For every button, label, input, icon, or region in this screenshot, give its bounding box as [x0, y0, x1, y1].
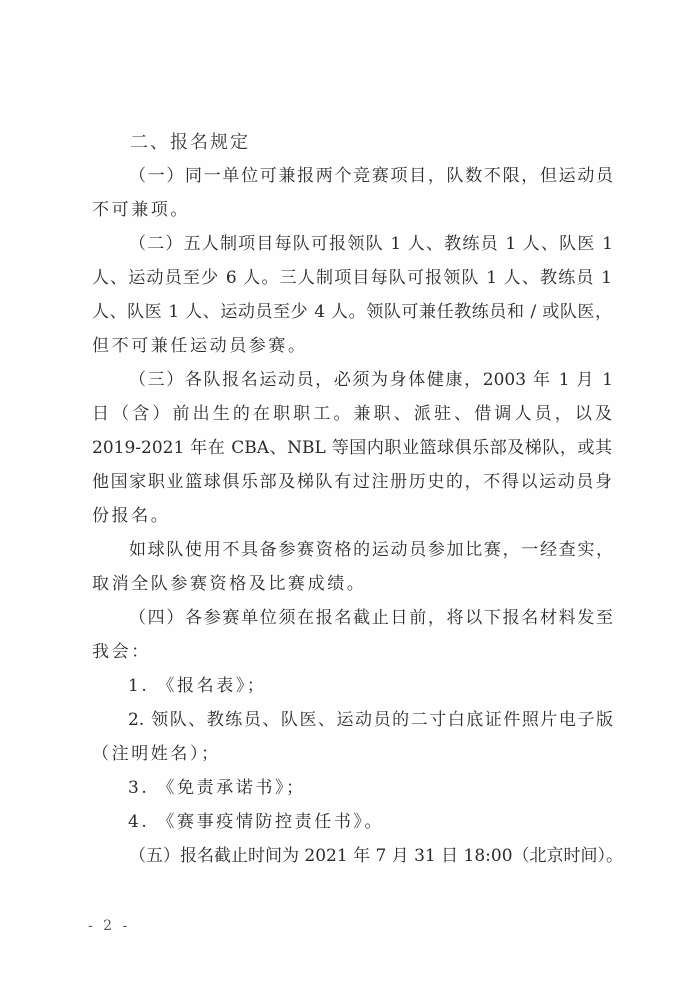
list-item: 3. 《免责承诺书》；	[128, 777, 648, 799]
list-item: 4. 《赛事疫情防控责任书》。	[128, 811, 648, 833]
paragraph-line: 取消全队参赛资格及比赛成绩。	[92, 573, 612, 595]
paragraph-line: 他国家职业篮球俱乐部及梯队有过注册历史的，不得以运动员身	[92, 471, 612, 493]
document-page: 二、报名规定 （一）同一单位可兼报两个竞赛项目，队数不限，但运动员 不可兼项。 …	[0, 0, 700, 989]
paragraph-line: 2019-2021 年在 CBA、NBL 等国内职业篮球俱乐部及梯队，或其	[92, 437, 612, 459]
paragraph-line: 如球队使用不具备参赛资格的运动员参加比赛，一经查实，	[129, 539, 613, 561]
list-item: 1. 《报名表》；	[128, 675, 648, 697]
paragraph-line: 日（含）前出生的在职职工。兼职、派驻、借调人员，以及	[92, 403, 612, 425]
paragraph-line: （五）报名截止时间为 2021 年 7 月 31 日 18:00（北京时间）。	[129, 845, 613, 867]
paragraph-line: （四）各参赛单位须在报名截止日前，将以下报名材料发至	[129, 607, 613, 629]
paragraph-line: 不可兼项。	[92, 199, 612, 221]
paragraph-line: （三）各队报名运动员，必须为身体健康，2003 年 1 月 1	[129, 369, 613, 391]
paragraph-line: 份报名。	[92, 505, 612, 527]
paragraph-line: 人、队医 1 人、运动员至少 4 人。领队可兼任教练员和 / 或队医，	[92, 301, 612, 323]
section-heading: 二、报名规定	[130, 132, 650, 154]
list-item: （注明姓名）；	[92, 743, 612, 765]
paragraph-line: （一）同一单位可兼报两个竞赛项目，队数不限，但运动员	[129, 165, 613, 187]
paragraph-line: 我会：	[92, 641, 612, 663]
paragraph-line: 但不可兼任运动员参赛。	[92, 335, 612, 357]
paragraph-line: （二）五人制项目每队可报领队 1 人、教练员 1 人、队医 1	[129, 233, 613, 255]
list-item: 2. 领队、教练员、队医、运动员的二寸白底证件照片电子版	[128, 709, 613, 731]
page-number: - 2 -	[88, 918, 130, 934]
paragraph-line: 人、运动员至少 6 人。三人制项目每队可报领队 1 人、教练员 1	[92, 267, 612, 289]
